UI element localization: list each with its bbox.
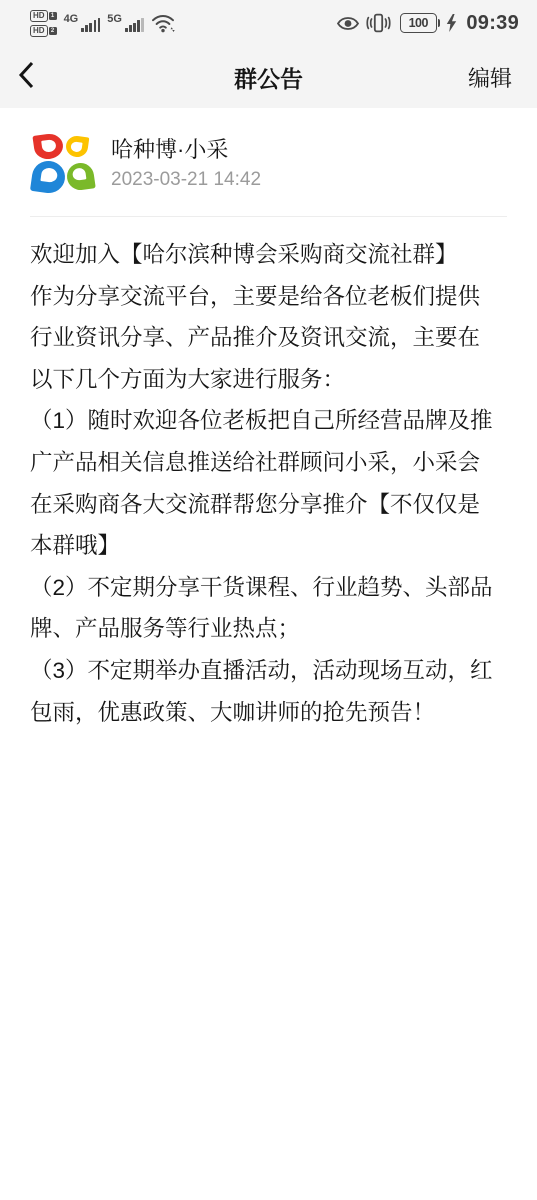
back-button[interactable]	[18, 54, 45, 101]
hd2-sub: 2	[49, 27, 57, 35]
logo-petal-blue	[30, 159, 67, 195]
logo-petal-green	[65, 161, 95, 191]
wifi-icon	[151, 13, 176, 33]
hd-voice-sim2-icon: HD 2	[30, 25, 57, 37]
hd-voice-badges: HD 1 HD 2	[30, 10, 57, 37]
signal-bars-5g	[125, 18, 144, 33]
divider	[30, 216, 507, 217]
battery-nub	[438, 19, 441, 27]
signal-4g-icon: 4G	[64, 14, 101, 32]
logo-petal-yellow	[65, 135, 90, 159]
signal-bars-4g	[81, 18, 100, 33]
topbar: HD 1 HD 2 4G 5G	[0, 0, 537, 108]
vibrate-icon	[366, 13, 391, 33]
navbar: 群公告 编辑	[0, 46, 537, 108]
status-left-cluster: HD 1 HD 2 4G 5G	[30, 10, 176, 37]
battery-icon: 100	[400, 13, 441, 33]
battery-level: 100	[400, 13, 437, 33]
clock-time: 09:39	[466, 12, 519, 35]
network-4g-label: 4G	[64, 14, 79, 25]
edit-button[interactable]: 编辑	[468, 62, 512, 93]
hd1-label: HD	[30, 10, 48, 22]
author-name: 哈种博·小采	[111, 136, 261, 164]
charging-bolt-icon	[446, 14, 457, 32]
hd1-sub: 1	[49, 12, 57, 20]
eye-comfort-icon	[336, 15, 360, 32]
signal-5g-icon: 5G	[107, 14, 144, 32]
page-title: 群公告	[0, 61, 537, 94]
back-chevron-icon	[18, 60, 35, 95]
author-meta: 哈种博·小采 2023-03-21 14:42	[111, 133, 261, 198]
announcement-body: 欢迎加入【哈尔滨种博会采购商交流社群】 作为分享交流平台，主要是给各位老板们提供…	[30, 234, 507, 733]
status-right-cluster: 100 09:39	[336, 12, 519, 35]
post-timestamp: 2023-03-21 14:42	[111, 169, 261, 191]
avatar	[30, 133, 95, 198]
group-announcement-screen: HD 1 HD 2 4G 5G	[0, 0, 537, 1200]
hd-voice-sim1-icon: HD 1	[30, 10, 57, 22]
announcement-header: 哈种博·小采 2023-03-21 14:42	[30, 133, 507, 198]
status-bar: HD 1 HD 2 4G 5G	[0, 0, 537, 46]
hd2-label: HD	[30, 25, 48, 37]
network-5g-label: 5G	[107, 14, 122, 25]
logo-petal-red	[32, 132, 64, 161]
